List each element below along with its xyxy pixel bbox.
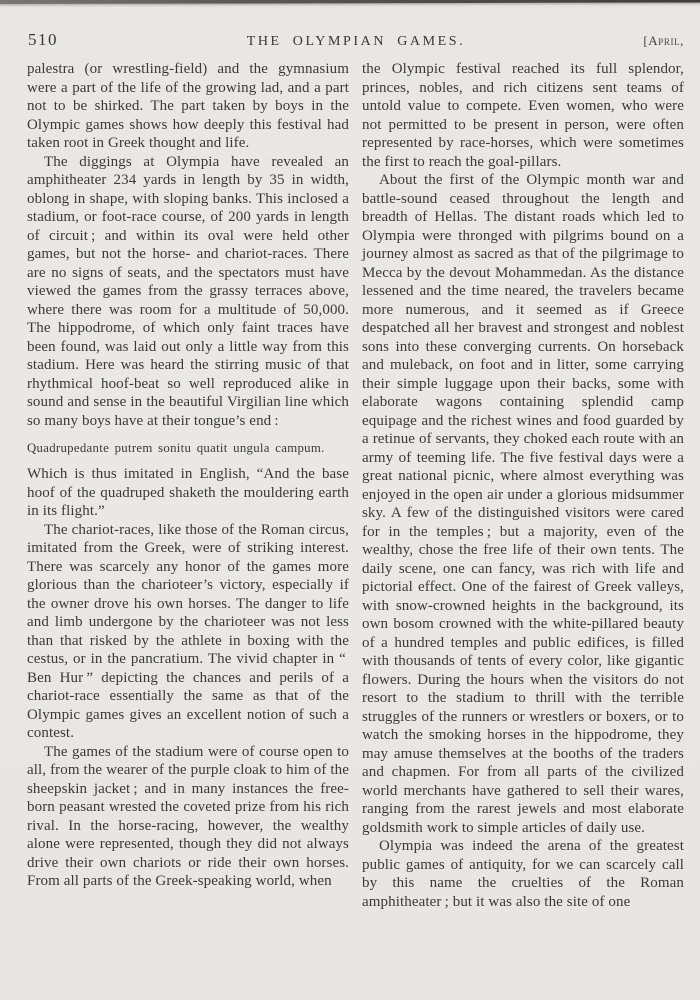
scan-edge-top: [0, 0, 700, 4]
running-title: THE OLYMPIAN GAMES.: [138, 34, 574, 50]
page-number: 510: [28, 30, 138, 50]
paragraph-left-1: palestra (or wrestling-field) and the gy…: [27, 60, 349, 153]
page-header: 510 THE OLYMPIAN GAMES. [April,: [0, 0, 700, 54]
paragraph-left-5: The games of the stadium were of course …: [27, 743, 349, 891]
text-columns: palestra (or wrestling-field) and the gy…: [0, 54, 700, 911]
issue-date-label: [April,: [574, 33, 684, 49]
paragraph-left-3: Which is thus imitated in English, “And …: [27, 465, 349, 521]
paragraph-right-3: Olympia was indeed the arena of the grea…: [362, 837, 684, 911]
paragraph-left-4: The chariot-races, like those of the Rom…: [27, 521, 349, 743]
magazine-page: 510 THE OLYMPIAN GAMES. [April, palestra…: [0, 0, 700, 1000]
paragraph-right-2: About the first of the Olympic month war…: [362, 171, 684, 837]
left-column: palestra (or wrestling-field) and the gy…: [27, 60, 349, 911]
paragraph-left-2: The diggings at Olympia have revealed an…: [27, 153, 349, 431]
paragraph-right-1: the Olympic festival reached its full sp…: [362, 60, 684, 171]
right-column: the Olympic festival reached its full sp…: [362, 60, 684, 911]
latin-verse-quote: Quadrupedante putrem sonitu quatit ungul…: [27, 440, 349, 456]
